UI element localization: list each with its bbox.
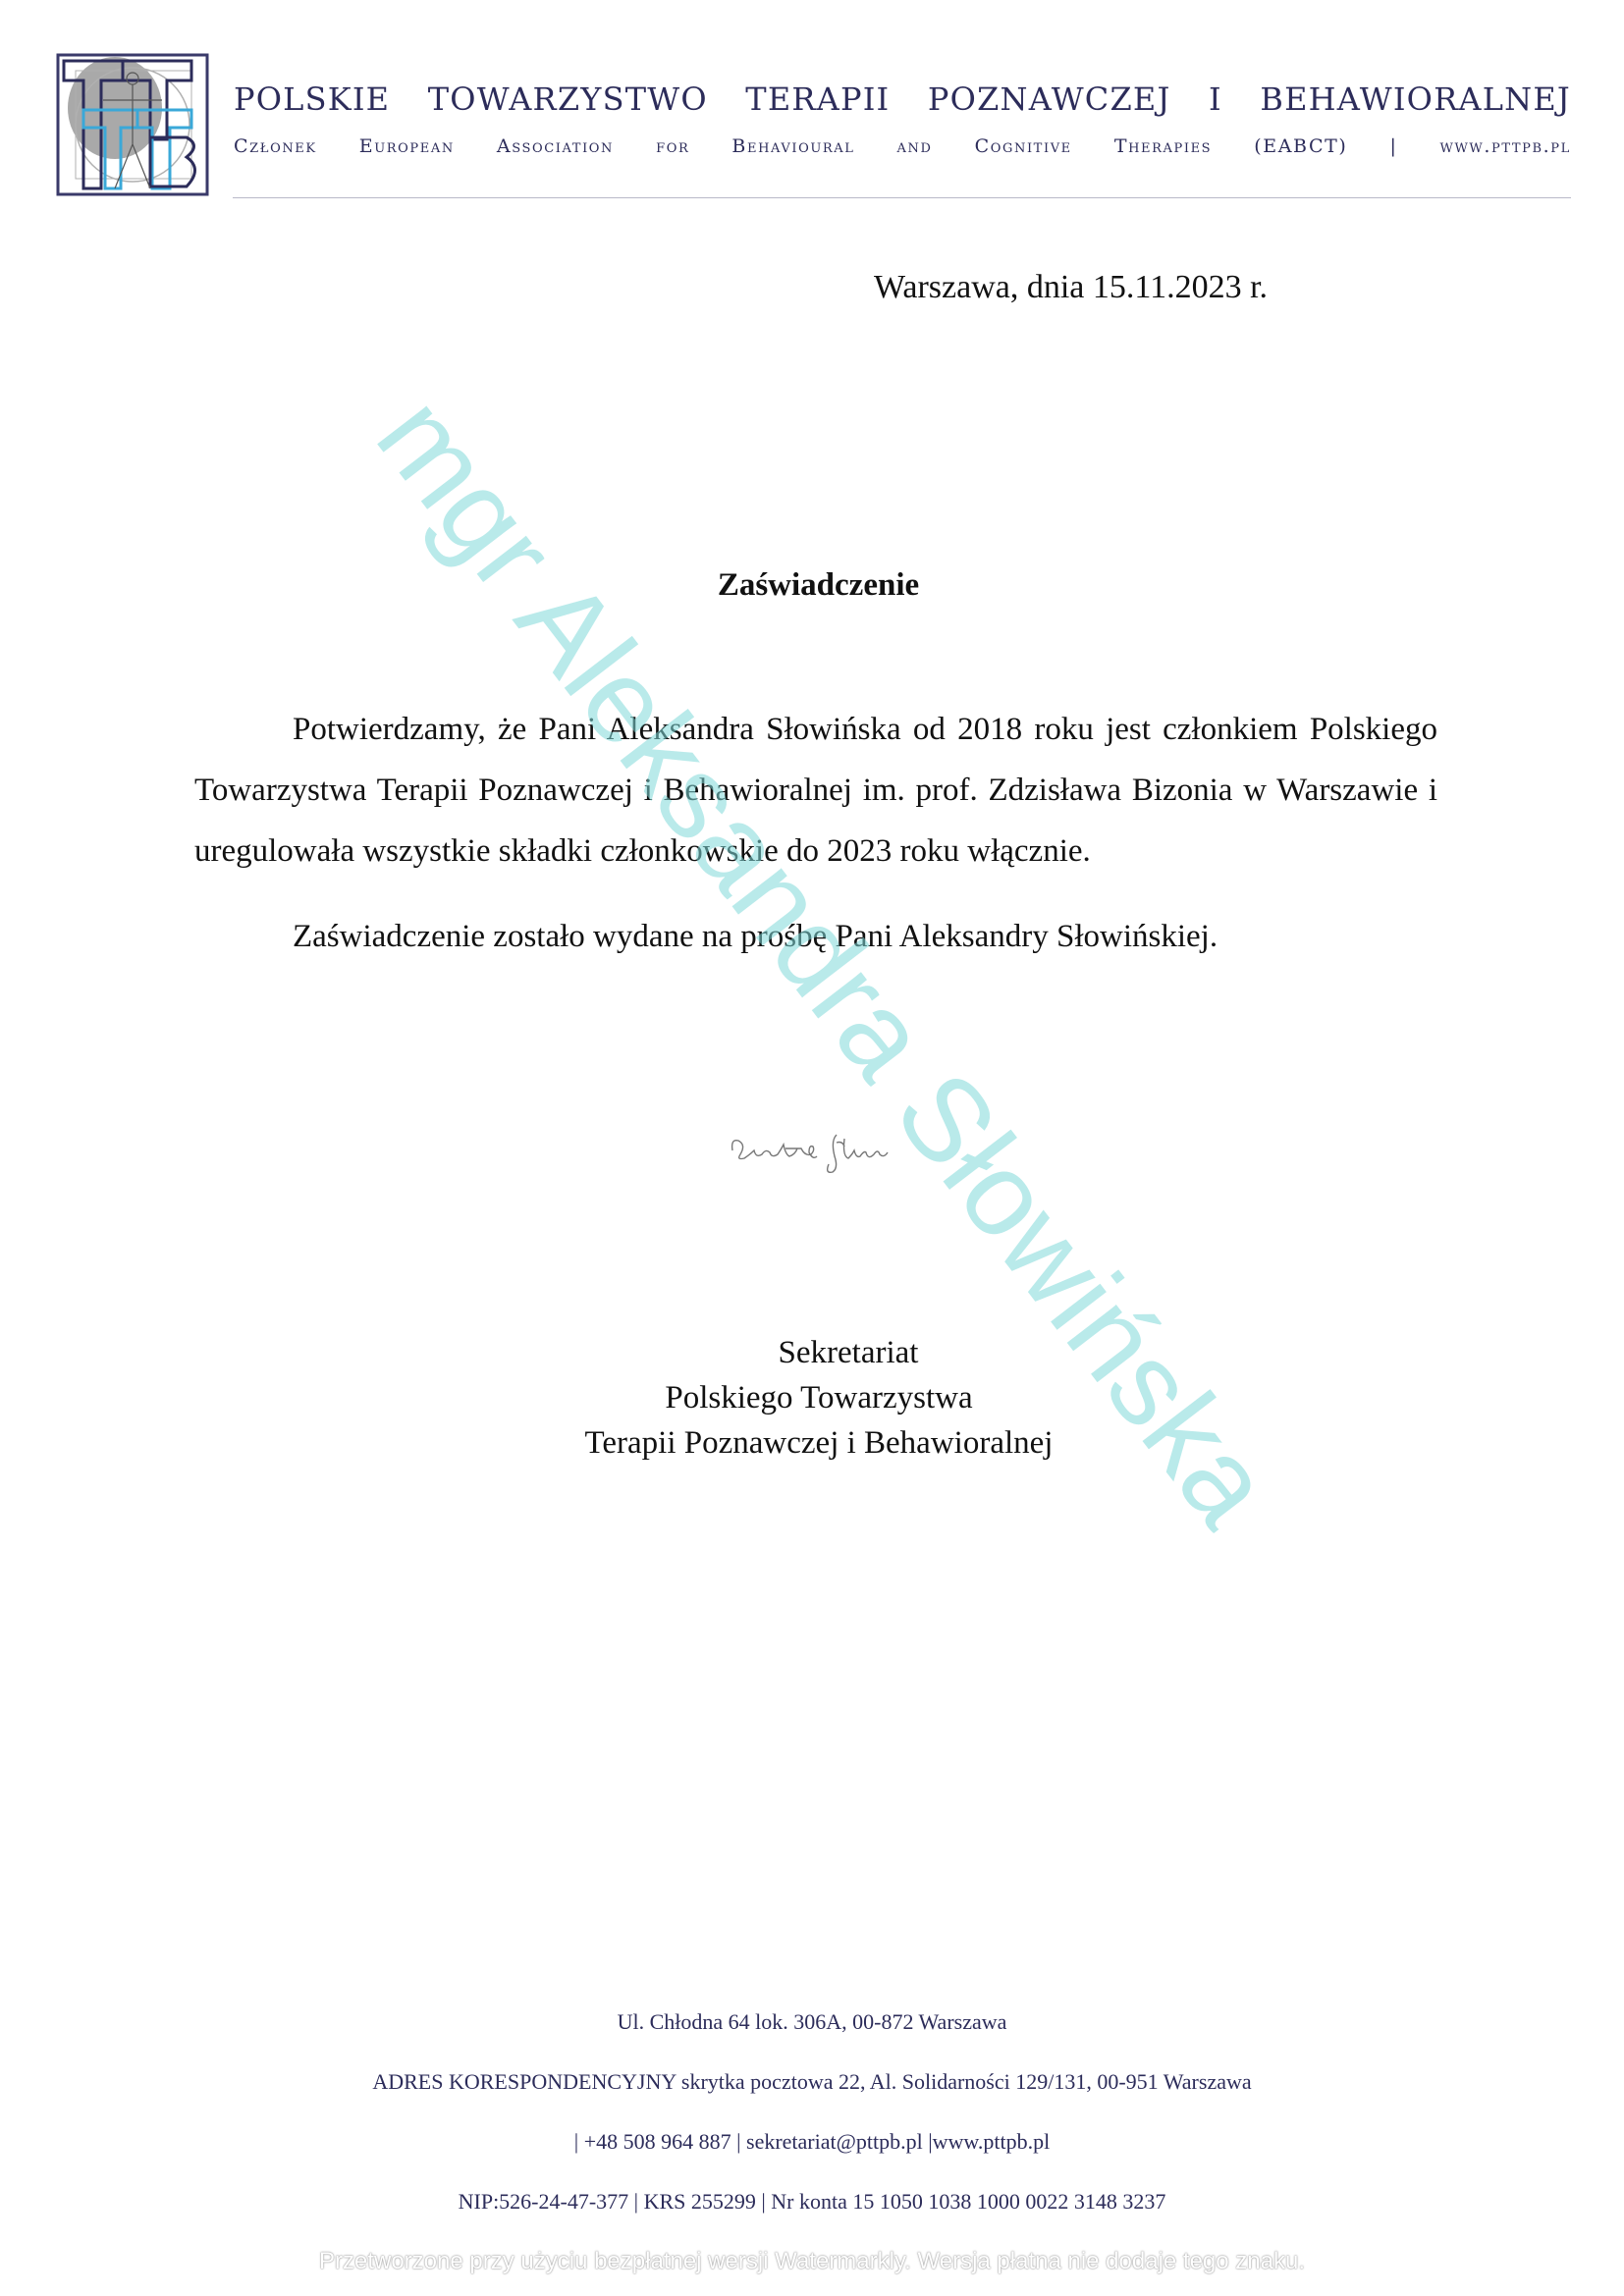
org-name-word: TERAPII — [745, 80, 890, 118]
letterhead: POLSKIE TOWARZYSTWO TERAPII POZNAWCZEJ I… — [54, 49, 1571, 201]
body-paragraph-2: Zaświadczenie zostało wydane na prośbę P… — [194, 906, 1437, 967]
signatory-line-3: Terapii Poznawczej i Behawioralnej — [0, 1420, 1624, 1466]
org-subtitle-word: Behavioural — [731, 135, 854, 157]
org-subtitle-word: European — [359, 135, 455, 157]
org-name-word: BEHAWIORALNEJ — [1260, 80, 1571, 118]
body-paragraph-1: Potwierdzamy, że Pani Aleksandra Słowińs… — [194, 699, 1437, 881]
org-name-word: POZNAWCZEJ — [928, 80, 1171, 118]
footer-address: Ul. Chłodna 64 lok. 306A, 00-872 Warszaw… — [0, 2007, 1624, 2067]
footer-correspondence: ADRES KORESPONDENCYJNY skrytka pocztowa … — [0, 2067, 1624, 2127]
org-subtitle-word: for — [656, 135, 689, 157]
footer-registry: NIP:526-24-47-377 | KRS 255299 | Nr kont… — [0, 2187, 1624, 2247]
footer: Ul. Chłodna 64 lok. 306A, 00-872 Warszaw… — [0, 2007, 1624, 2247]
org-subtitle-word: Therapies — [1114, 135, 1212, 157]
org-subtitle-word: (EABCT) — [1254, 135, 1347, 157]
organization-subtitle: Członek European Association for Behavio… — [234, 135, 1571, 157]
signatory-line-2: Polskiego Towarzystwa — [0, 1375, 1624, 1420]
org-name-word: TOWARZYSTWO — [428, 80, 708, 118]
handwritten-signature-icon — [727, 1121, 898, 1176]
document-body: Potwierdzamy, że Pani Aleksandra Słowińs… — [194, 699, 1437, 967]
org-subtitle-word: | — [1389, 135, 1397, 157]
org-subtitle-word: Członek — [234, 135, 317, 157]
signatory-block: Sekretariat Polskiego Towarzystwa Terapi… — [0, 1330, 1624, 1466]
org-name-word: I — [1209, 80, 1222, 118]
org-subtitle-word: Cognitive — [975, 135, 1072, 157]
footer-contact: | +48 508 964 887 | sekretariat@pttpb.pl… — [0, 2127, 1624, 2187]
signatory-line-1: Sekretariat — [0, 1330, 1624, 1375]
org-subtitle-word: and — [897, 135, 933, 157]
header-divider — [233, 197, 1571, 198]
watermark-notice: Przetworzone przy użyciu bezpłatnej wers… — [0, 2248, 1624, 2275]
document-title: Zaświadczenie — [0, 567, 1624, 604]
org-subtitle-word: www.pttpb.pl — [1440, 135, 1571, 157]
organization-name: POLSKIE TOWARZYSTWO TERAPII POZNAWCZEJ I… — [234, 80, 1571, 118]
org-name-word: POLSKIE — [234, 80, 390, 118]
date-line: Warszawa, dnia 15.11.2023 r. — [874, 269, 1268, 306]
org-subtitle-word: Association — [497, 135, 614, 157]
pttpb-logo-icon — [54, 51, 211, 198]
